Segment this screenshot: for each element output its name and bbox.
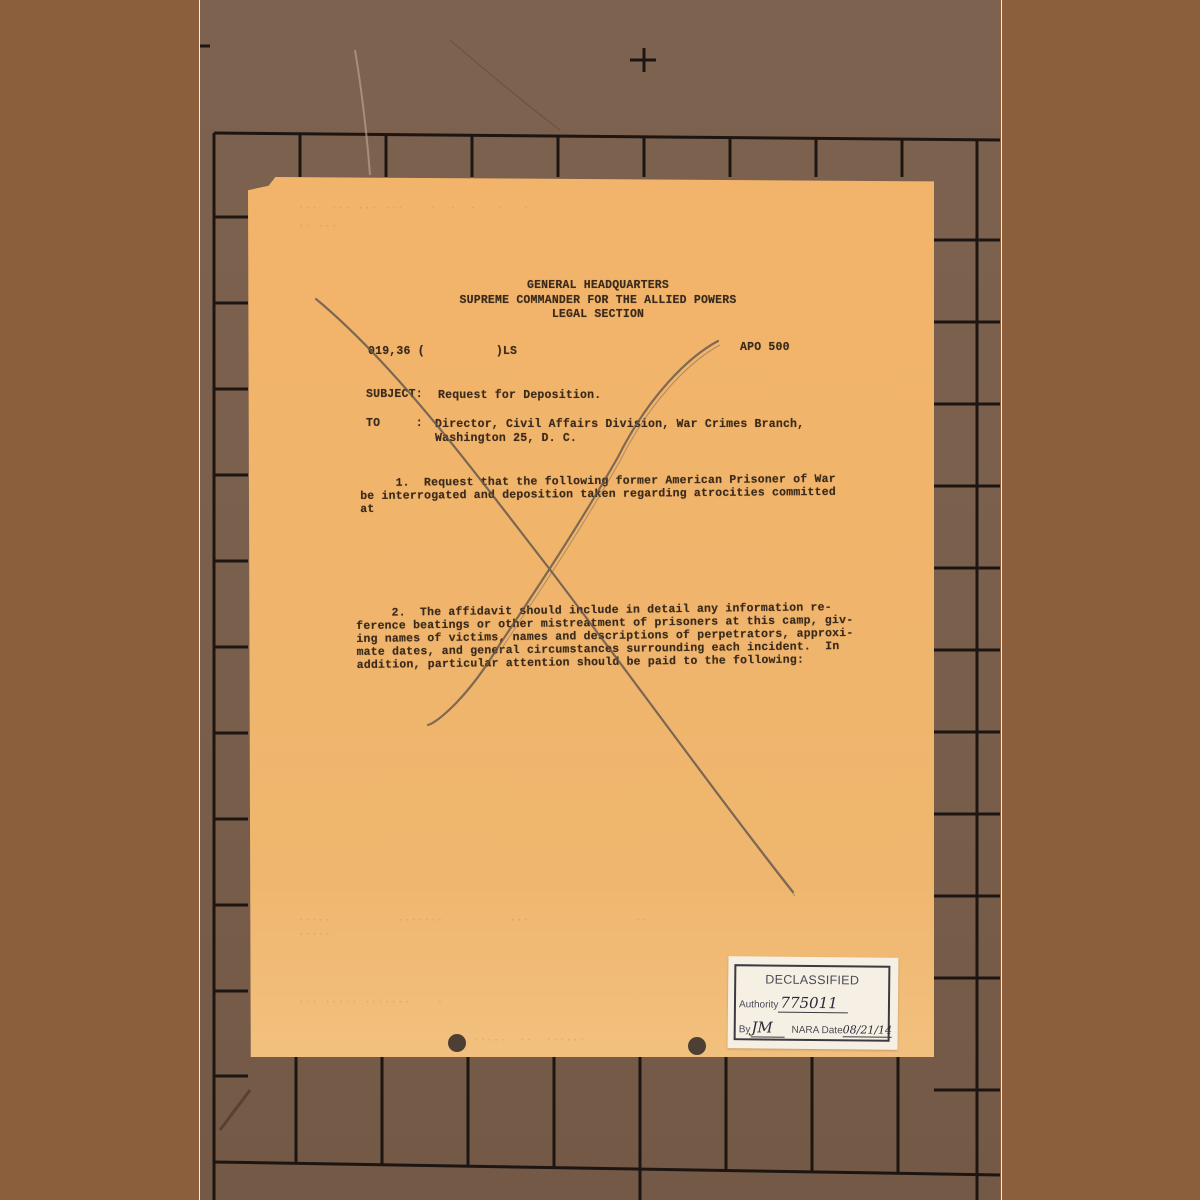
- stamp-by-row: ByJM NARA Date08/21/14: [739, 1018, 893, 1038]
- stamp-authority-row: Authority775011: [739, 993, 848, 1012]
- pencil-cross-out-mark: [248, 177, 934, 1057]
- left-frame-bar: [0, 0, 200, 1200]
- stamp-by-value: JM: [750, 1018, 785, 1037]
- document-page: ··· ··· ··· ··· · · · · · ·· ··· ····· ·…: [248, 177, 934, 1057]
- stamp-date-label: NARA Date: [791, 1025, 842, 1037]
- cutting-mat-backdrop: ··· ··· ··· ··· · · · · · ·· ··· ····· ·…: [200, 0, 1000, 1200]
- stamp-by-label: By: [739, 1024, 751, 1035]
- stamp-authority-label: Authority: [739, 999, 779, 1010]
- punch-hole-right: [688, 1037, 706, 1055]
- punch-hole-left: [448, 1034, 466, 1052]
- stamp-date-value: 08/21/14: [843, 1023, 893, 1038]
- stamp-title: DECLASSIFIED: [736, 972, 888, 988]
- right-frame-bar: [1001, 0, 1200, 1200]
- stamp-authority-value: 775011: [778, 994, 847, 1014]
- declassified-stamp: DECLASSIFIED Authority775011 ByJM NARA D…: [728, 956, 899, 1050]
- stamp-border: DECLASSIFIED Authority775011 ByJM NARA D…: [734, 964, 891, 1042]
